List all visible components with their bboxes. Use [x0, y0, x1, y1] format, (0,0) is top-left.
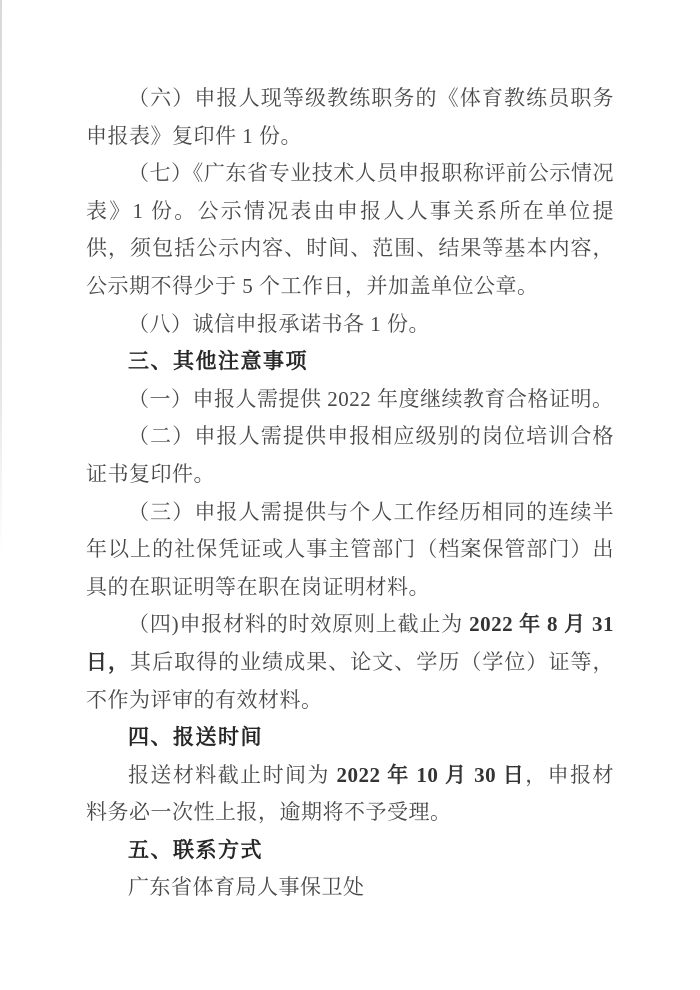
submission-deadline-date: 2022 年 10 月 30 日: [337, 763, 526, 787]
submission-deadline-paragraph: 报送材料截止时间为 2022 年 10 月 30 日，申报材料务必一次性上报，逾…: [86, 757, 614, 832]
note-item-4: （四)申报材料的时效原则上截止为 2022 年 8 月 31 日，其后取得的业绩…: [86, 606, 614, 719]
materials-item-6: （六）申报人现等级教练职务的《体育教练员职务申报表》复印件 1 份。: [86, 80, 614, 155]
note-4-text-pre: （四)申报材料的时效原则上截止为: [128, 612, 469, 636]
section-heading-contact: 五、联系方式: [86, 832, 614, 870]
document-body: （六）申报人现等级教练职务的《体育教练员职务申报表》复印件 1 份。 （七）《广…: [86, 80, 614, 907]
note-item-1: （一）申报人需提供 2022 年度继续教育合格证明。: [86, 381, 614, 419]
note-item-3: （三）申报人需提供与个人工作经历相同的连续半年以上的社保凭证或人事主管部门（档案…: [86, 494, 614, 607]
materials-item-7: （七）《广东省专业技术人员申报职称评前公示情况表》1 份。公示情况表由申报人人事…: [86, 155, 614, 305]
contact-unit: 广东省体育局人事保卫处: [86, 869, 614, 907]
scan-edge-artifact: [0, 0, 2, 555]
note-item-2: （二）申报人需提供申报相应级别的岗位培训合格证书复印件。: [86, 418, 614, 493]
section-heading-submission-time: 四、报送时间: [86, 719, 614, 757]
note-4-text-post: 其后取得的业绩成果、论文、学历（学位）证等，不作为评审的有效材料。: [86, 650, 614, 712]
submission-text-pre: 报送材料截止时间为: [128, 763, 337, 787]
materials-item-8: （八）诚信申报承诺书各 1 份。: [86, 306, 614, 344]
section-heading-other-notes: 三、其他注意事项: [86, 343, 614, 381]
document-page: （六）申报人现等级教练职务的《体育教练员职务申报表》复印件 1 份。 （七）《广…: [0, 0, 700, 990]
